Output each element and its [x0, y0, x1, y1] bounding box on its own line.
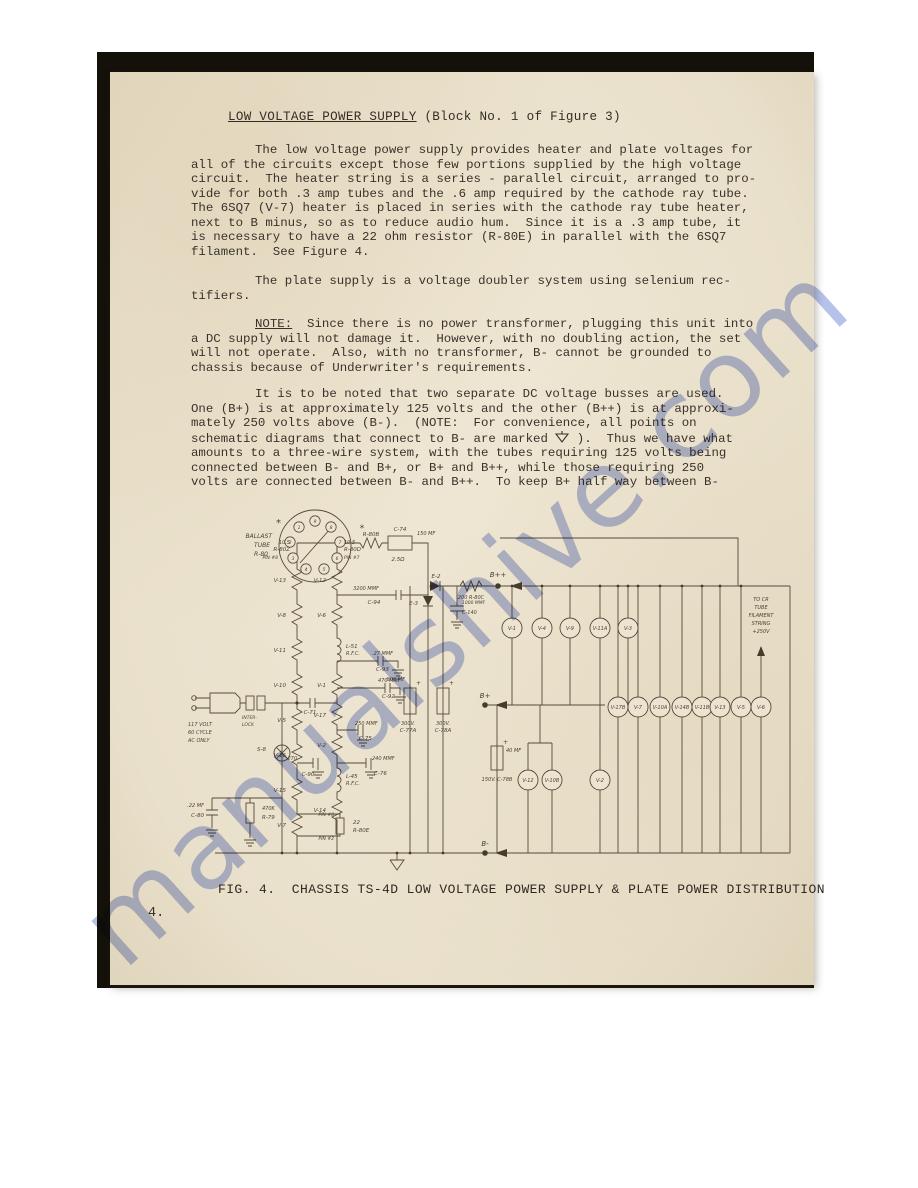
svg-text:V-12: V-12	[522, 778, 533, 784]
svg-text:C-77A: C-77A	[400, 728, 417, 734]
svg-text:PIN #2: PIN #2	[319, 836, 335, 842]
svg-text:300V.: 300V.	[401, 721, 415, 727]
svg-text:R.F.C.: R.F.C.	[346, 781, 360, 787]
svg-text:+: +	[503, 739, 508, 746]
svg-text:V-11A: V-11A	[593, 626, 608, 632]
svg-text:E-3: E-3	[409, 601, 418, 607]
svg-text:R-80D: R-80D	[344, 547, 361, 553]
section-title-underlined: LOW VOLTAGE POWER SUPPLY	[228, 110, 417, 124]
svg-text:C-94: C-94	[368, 600, 381, 606]
svg-text:+: +	[449, 680, 454, 687]
svg-text:TUBE: TUBE	[254, 542, 270, 549]
ground-symbol-icon	[555, 431, 569, 444]
svg-text:V-17B: V-17B	[611, 705, 626, 711]
svg-text:6: 6	[336, 556, 339, 562]
page-number: 4.	[148, 906, 164, 921]
svg-text:R-79: R-79	[262, 815, 275, 821]
svg-text:5: 5	[323, 567, 326, 573]
svg-text:+250V: +250V	[752, 629, 770, 635]
svg-text:V-10: V-10	[274, 683, 287, 689]
svg-text:PIN #8: PIN #8	[319, 812, 335, 818]
svg-text:240 MMF: 240 MMF	[372, 756, 395, 762]
svg-text:V-15: V-15	[274, 788, 287, 794]
svg-text:V-13: V-13	[274, 578, 287, 584]
svg-text:V-9: V-9	[566, 626, 574, 632]
svg-text:C-80: C-80	[191, 813, 204, 819]
svg-text:3: 3	[292, 556, 295, 562]
figure-caption: FIG. 4. CHASSIS TS-4D LOW VOLTAGE POWER …	[218, 882, 825, 897]
svg-text:R-80B: R-80B	[363, 532, 380, 538]
schematic-wires	[192, 510, 790, 870]
svg-text:*: *	[360, 524, 365, 534]
paragraph-plate-supply: The plate supply is a voltage doubler sy…	[191, 274, 783, 303]
svg-text:B-: B-	[481, 840, 489, 848]
svg-text:C-90: C-90	[302, 772, 315, 778]
svg-text:FILAMENT: FILAMENT	[749, 613, 775, 619]
svg-text:10.5: 10.5	[279, 540, 290, 546]
svg-text:C-92: C-92	[382, 694, 395, 700]
svg-text:470K: 470K	[262, 806, 276, 812]
svg-text:C-75: C-75	[359, 736, 372, 742]
svg-text:R-80E: R-80E	[353, 828, 370, 834]
svg-text:.22 MF: .22 MF	[187, 803, 204, 809]
svg-text:TO CR: TO CR	[753, 597, 769, 603]
svg-text:V-11: V-11	[274, 648, 286, 654]
svg-text:TUBE: TUBE	[754, 605, 768, 611]
section-title: LOW VOLTAGE POWER SUPPLY (Block No. 1 of…	[228, 110, 621, 124]
svg-text:V-12: V-12	[314, 578, 327, 584]
svg-text:PIN #7: PIN #7	[344, 555, 360, 561]
svg-text:AC ONLY: AC ONLY	[187, 738, 210, 744]
svg-text:B+: B+	[480, 692, 491, 700]
svg-text:300V.: 300V.	[436, 721, 450, 727]
svg-text:117 VOLT: 117 VOLT	[188, 722, 213, 728]
svg-text:R-80Z: R-80Z	[273, 547, 290, 553]
svg-text:C-78A: C-78A	[435, 728, 452, 734]
svg-text:250 MMF: 250 MMF	[355, 721, 378, 727]
svg-text:STRING: STRING	[752, 621, 771, 627]
svg-text:C-74: C-74	[394, 527, 407, 533]
paragraph-note: NOTE: Since there is no power transforme…	[191, 317, 783, 375]
paragraph-busses: It is to be noted that two separate DC v…	[191, 387, 783, 490]
note-label: NOTE:	[255, 317, 292, 331]
svg-text:V-5: V-5	[277, 718, 286, 724]
svg-text:40 MF: 40 MF	[506, 748, 521, 754]
svg-text:V-10B: V-10B	[545, 778, 560, 784]
svg-text:V-13: V-13	[714, 705, 725, 711]
svg-text:V-16: V-16	[274, 753, 287, 759]
svg-text:PIN #8: PIN #8	[263, 555, 279, 561]
svg-text:2.5Ω: 2.5Ω	[392, 557, 406, 563]
svg-text:LOCK: LOCK	[242, 722, 255, 728]
svg-text:V-4: V-4	[538, 626, 546, 632]
svg-text:L-51: L-51	[346, 644, 358, 650]
svg-text:60 CYCLE: 60 CYCLE	[188, 730, 213, 736]
svg-text:8: 8	[330, 525, 333, 531]
svg-text:V-8: V-8	[277, 613, 286, 619]
svg-text:V-3: V-3	[624, 626, 632, 632]
svg-text:L-45: L-45	[346, 774, 358, 780]
svg-text:V-1: V-1	[317, 683, 326, 689]
svg-text:V-5: V-5	[737, 705, 745, 711]
section-title-rest: (Block No. 1 of Figure 3)	[417, 110, 621, 124]
schematic-labels: BALLASTTUBER-80*R-80B*C-74150 MF2.5ΩE-2E…	[187, 518, 774, 848]
svg-text:150V. C-78B: 150V. C-78B	[482, 777, 513, 783]
svg-text:V-11B: V-11B	[695, 705, 710, 711]
svg-text:1: 1	[298, 525, 301, 531]
svg-text:S-8: S-8	[257, 747, 266, 753]
schematic-diagram: 123456789 V-1V-4V-9V-11AV-3V-17BV-7V-10A…	[150, 498, 810, 876]
svg-text:C-93: C-93	[376, 667, 389, 673]
svg-text:BALLAST: BALLAST	[246, 533, 274, 540]
svg-text:V-6: V-6	[757, 705, 765, 711]
svg-text:C-140: C-140	[462, 610, 477, 616]
svg-text:1000 MMF: 1000 MMF	[462, 600, 486, 606]
svg-text:C-71: C-71	[304, 710, 317, 716]
svg-text:9: 9	[314, 519, 317, 525]
svg-text:800 MF: 800 MF	[387, 677, 405, 683]
svg-text:V-1: V-1	[508, 626, 516, 632]
svg-text:.27 MMF: .27 MMF	[372, 651, 393, 657]
svg-text:3200 MMF: 3200 MMF	[353, 586, 379, 592]
svg-text:*: *	[276, 518, 281, 529]
paragraph-intro: The low voltage power supply provides he…	[191, 143, 783, 259]
svg-text:R.F.C.: R.F.C.	[346, 651, 360, 657]
scanned-manual-page: LOW VOLTAGE POWER SUPPLY (Block No. 1 of…	[0, 0, 918, 1188]
svg-text:10.5: 10.5	[344, 540, 355, 546]
svg-text:C-76: C-76	[374, 771, 387, 777]
svg-text:+: +	[416, 680, 421, 687]
svg-text:V-2: V-2	[596, 778, 604, 784]
svg-text:22: 22	[353, 820, 360, 826]
svg-text:B++: B++	[490, 571, 507, 579]
svg-text:INTER-: INTER-	[242, 715, 257, 721]
svg-text:4: 4	[305, 567, 308, 573]
svg-text:150 MF: 150 MF	[417, 531, 435, 537]
svg-text:V-14B: V-14B	[675, 705, 690, 711]
ballast-tube-pins: 123456789	[285, 516, 345, 574]
svg-text:V-10A: V-10A	[653, 705, 668, 711]
svg-text:V-7: V-7	[634, 705, 643, 711]
svg-text:V-2: V-2	[317, 743, 326, 749]
svg-text:E-2: E-2	[432, 574, 441, 580]
svg-text:270: 270	[287, 756, 297, 762]
svg-text:7: 7	[339, 540, 342, 546]
svg-text:V-7: V-7	[277, 823, 286, 829]
svg-text:V-6: V-6	[317, 613, 326, 619]
